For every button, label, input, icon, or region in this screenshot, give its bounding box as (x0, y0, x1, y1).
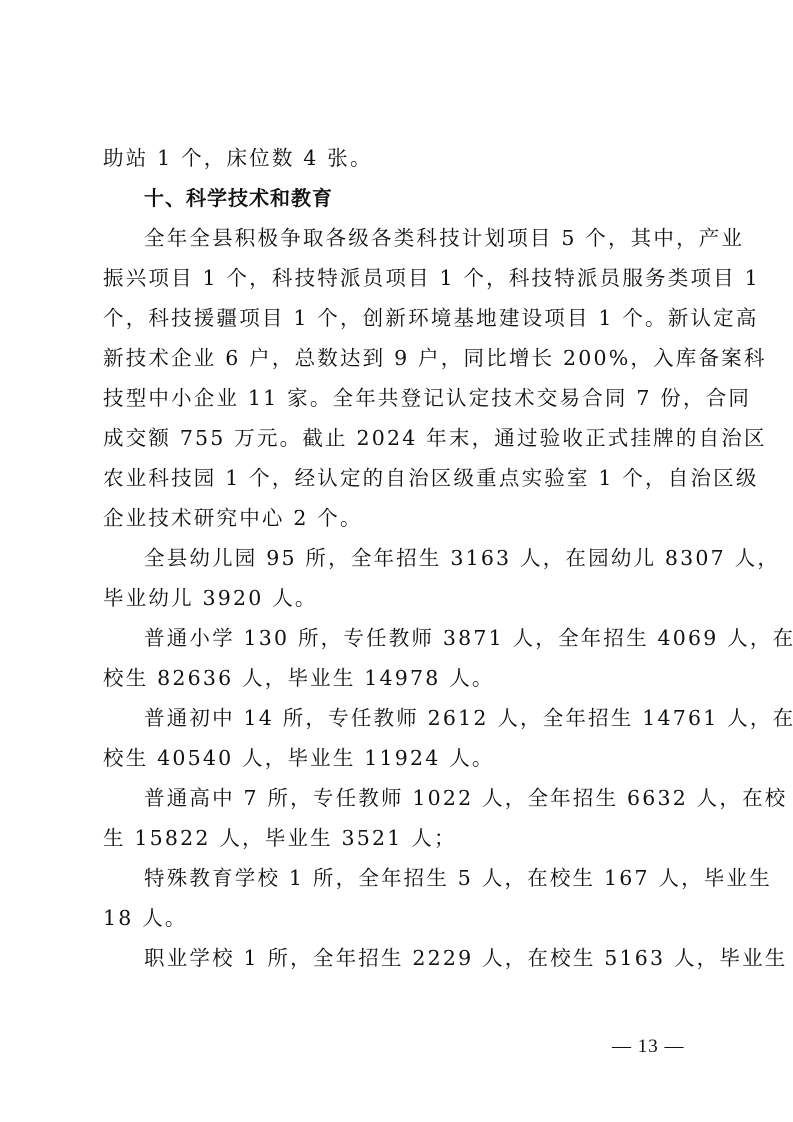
section-heading: 十、科学技术和教育 (103, 178, 693, 218)
text-line: 职业学校 1 所，全年招生 2229 人，在校生 5163 人，毕业生 (103, 938, 693, 978)
text-line: 普通高中 7 所，专任教师 1022 人，全年招生 6632 人，在校 (103, 778, 693, 818)
text-line: 全年全县积极争取各级各类科技计划项目 5 个，其中，产业 (103, 218, 693, 258)
text-line: 18 人。 (103, 898, 693, 938)
paragraph-special-education: 特殊教育学校 1 所，全年招生 5 人，在校生 167 人，毕业生 18 人。 (103, 858, 693, 938)
paragraph-continuation: 助站 1 个，床位数 4 张。 (103, 138, 693, 178)
paragraph-junior-high: 普通初中 14 所，专任教师 2612 人，全年招生 14761 人，在 校生 … (103, 698, 693, 778)
text-line: 普通小学 130 所，专任教师 3871 人，全年招生 4069 人，在 (103, 618, 693, 658)
page-number: — 13 — (612, 1036, 685, 1058)
text-line: 成交额 755 万元。截止 2024 年末，通过验收正式挂牌的自治区 (103, 418, 693, 458)
paragraph-primary-school: 普通小学 130 所，专任教师 3871 人，全年招生 4069 人，在 校生 … (103, 618, 693, 698)
text-line: 振兴项目 1 个，科技特派员项目 1 个，科技特派员服务类项目 1 (103, 258, 693, 298)
text-line: 技型中小企业 11 家。全年共登记认定技术交易合同 7 份，合同 (103, 378, 693, 418)
text-line: 特殊教育学校 1 所，全年招生 5 人，在校生 167 人，毕业生 (103, 858, 693, 898)
text-line: 校生 40540 人，毕业生 11924 人。 (103, 738, 693, 778)
text-line: 生 15822 人，毕业生 3521 人； (103, 818, 693, 858)
paragraph-vocational-school: 职业学校 1 所，全年招生 2229 人，在校生 5163 人，毕业生 (103, 938, 693, 978)
text-line: 农业科技园 1 个，经认定的自治区级重点实验室 1 个，自治区级 (103, 458, 693, 498)
document-body: 助站 1 个，床位数 4 张。 十、科学技术和教育 全年全县积极争取各级各类科技… (103, 138, 693, 978)
text-line: 企业技术研究中心 2 个。 (103, 498, 693, 538)
text-line: 毕业幼儿 3920 人。 (103, 578, 693, 618)
text-line: 普通初中 14 所，专任教师 2612 人，全年招生 14761 人，在 (103, 698, 693, 738)
text-line: 校生 82636 人，毕业生 14978 人。 (103, 658, 693, 698)
paragraph-kindergarten: 全县幼儿园 95 所，全年招生 3163 人，在园幼儿 8307 人， 毕业幼儿… (103, 538, 693, 618)
text-line: 个，科技援疆项目 1 个，创新环境基地建设项目 1 个。新认定高 (103, 298, 693, 338)
paragraph-senior-high: 普通高中 7 所，专任教师 1022 人，全年招生 6632 人，在校 生 15… (103, 778, 693, 858)
text-line: 全县幼儿园 95 所，全年招生 3163 人，在园幼儿 8307 人， (103, 538, 693, 578)
text-line: 新技术企业 6 户，总数达到 9 户，同比增长 200%，入库备案科 (103, 338, 693, 378)
paragraph-science-technology: 全年全县积极争取各级各类科技计划项目 5 个，其中，产业 振兴项目 1 个，科技… (103, 218, 693, 538)
